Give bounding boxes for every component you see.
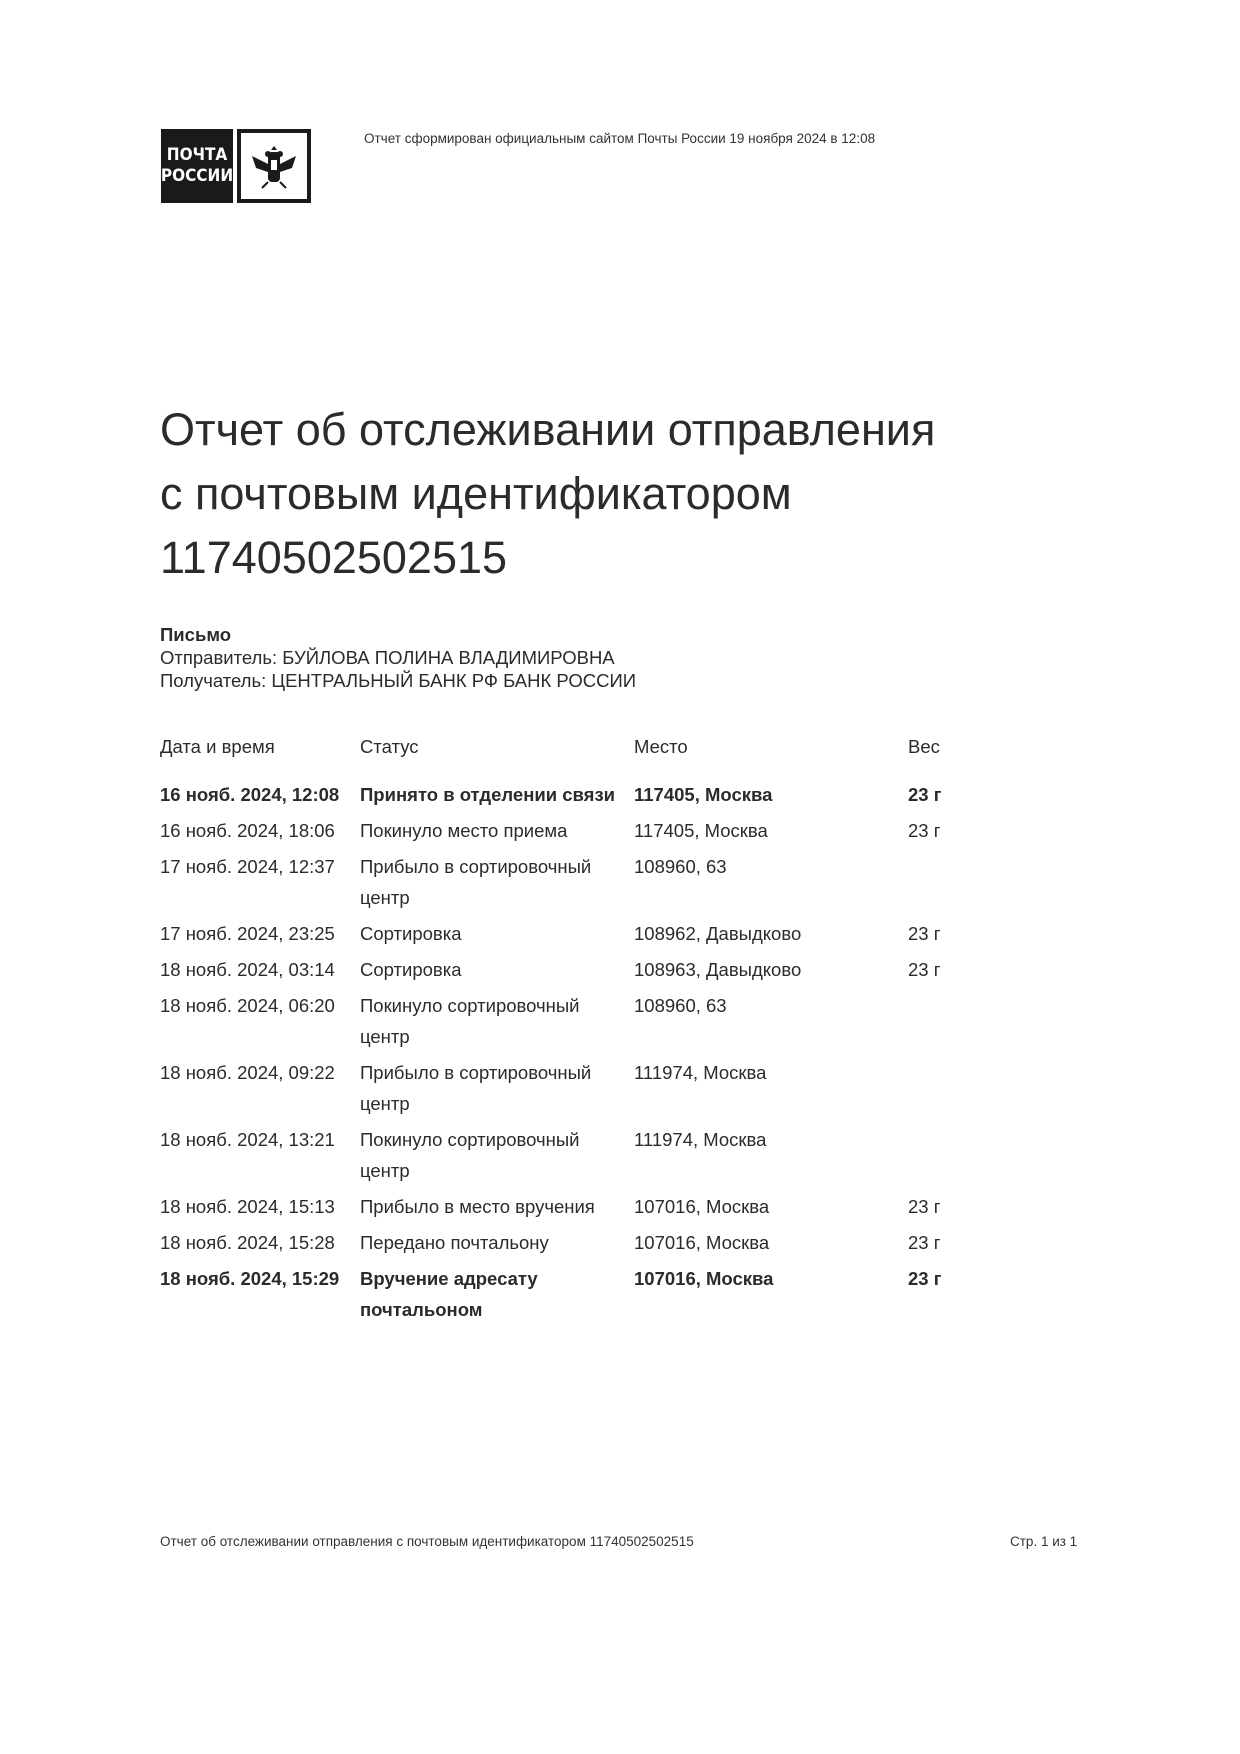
logo-line-2: РОССИИ	[161, 166, 233, 187]
cell-date: 17 нояб. 2024, 12:37	[160, 851, 360, 913]
cell-status: Вручение адресату почтальоном	[360, 1263, 634, 1325]
cell-place: 107016, Москва	[634, 1263, 908, 1325]
cell-place: 108960, 63	[634, 851, 908, 913]
tracking-number: 11740502502515	[160, 526, 935, 590]
title-line-1: Отчет об отслеживании отправления	[160, 398, 935, 462]
shipment-info: Письмо Отправитель: БУЙЛОВА ПОЛИНА ВЛАДИ…	[160, 623, 636, 692]
cell-status: Покинуло сортировочный центр	[360, 990, 634, 1052]
cell-weight: 23 г	[908, 954, 988, 985]
cell-status: Сортировка	[360, 954, 634, 985]
table-row: 18 нояб. 2024, 09:22Прибыло в сортировоч…	[160, 1057, 988, 1119]
cell-status: Прибыло в сортировочный центр	[360, 1057, 634, 1119]
table-row: 16 нояб. 2024, 18:06Покинуло место прием…	[160, 815, 988, 846]
page-number: Стр. 1 из 1	[1010, 1534, 1077, 1549]
cell-status: Прибыло в сортировочный центр	[360, 851, 634, 913]
cell-place: 108963, Давыдково	[634, 954, 908, 985]
cell-date: 16 нояб. 2024, 18:06	[160, 815, 360, 846]
logo-wordmark: ПОЧТА РОССИИ	[161, 129, 233, 203]
cell-date: 18 нояб. 2024, 13:21	[160, 1124, 360, 1186]
cell-weight	[908, 990, 988, 1052]
cell-date: 18 нояб. 2024, 15:13	[160, 1191, 360, 1222]
cell-weight: 23 г	[908, 815, 988, 846]
table-header: Дата и время Статус Место Вес	[160, 735, 988, 759]
cell-weight: 23 г	[908, 779, 988, 810]
cell-date: 16 нояб. 2024, 12:08	[160, 779, 360, 810]
cell-weight	[908, 851, 988, 913]
cell-place: 111974, Москва	[634, 1057, 908, 1119]
table-row: 18 нояб. 2024, 13:21Покинуло сортировочн…	[160, 1124, 988, 1186]
table-row: 18 нояб. 2024, 03:14Сортировка108963, Да…	[160, 954, 988, 985]
cell-date: 18 нояб. 2024, 06:20	[160, 990, 360, 1052]
cell-status: Прибыло в место вручения	[360, 1191, 634, 1222]
sender: Отправитель: БУЙЛОВА ПОЛИНА ВЛАДИМИРОВНА	[160, 646, 636, 669]
cell-weight	[908, 1057, 988, 1119]
cell-place: 108960, 63	[634, 990, 908, 1052]
table-row: 17 нояб. 2024, 12:37Прибыло в сортировоч…	[160, 851, 988, 913]
cell-status: Сортировка	[360, 918, 634, 949]
cell-date: 18 нояб. 2024, 09:22	[160, 1057, 360, 1119]
cell-status: Передано почтальону	[360, 1227, 634, 1258]
shipment-type: Письмо	[160, 623, 636, 646]
column-header-weight: Вес	[908, 735, 988, 759]
table-body: 16 нояб. 2024, 12:08Принято в отделении …	[160, 779, 988, 1325]
cell-status: Покинуло сортировочный центр	[360, 1124, 634, 1186]
cell-status: Принято в отделении связи	[360, 779, 634, 810]
footer-title: Отчет об отслеживании отправления с почт…	[160, 1534, 694, 1549]
table-row: 16 нояб. 2024, 12:08Принято в отделении …	[160, 779, 988, 810]
table-row: 18 нояб. 2024, 15:13Прибыло в место вруч…	[160, 1191, 988, 1222]
cell-date: 18 нояб. 2024, 15:29	[160, 1263, 360, 1325]
logo-line-1: ПОЧТА	[167, 145, 227, 166]
recipient: Получатель: ЦЕНТРАЛЬНЫЙ БАНК РФ БАНК РОС…	[160, 669, 636, 692]
column-header-date: Дата и время	[160, 735, 360, 759]
cell-date: 18 нояб. 2024, 03:14	[160, 954, 360, 985]
cell-weight	[908, 1124, 988, 1186]
cell-place: 117405, Москва	[634, 815, 908, 846]
table-row: 18 нояб. 2024, 15:29Вручение адресату по…	[160, 1263, 988, 1325]
cell-place: 117405, Москва	[634, 779, 908, 810]
cell-weight: 23 г	[908, 1263, 988, 1325]
table-row: 17 нояб. 2024, 23:25Сортировка108962, Да…	[160, 918, 988, 949]
table-row: 18 нояб. 2024, 15:28Передано почтальону1…	[160, 1227, 988, 1258]
cell-place: 107016, Москва	[634, 1227, 908, 1258]
cell-weight: 23 г	[908, 1227, 988, 1258]
page-title: Отчет об отслеживании отправления с почт…	[160, 398, 935, 590]
cell-place: 111974, Москва	[634, 1124, 908, 1186]
title-line-2: с почтовым идентификатором	[160, 462, 935, 526]
double-headed-eagle-icon	[237, 129, 311, 203]
cell-date: 17 нояб. 2024, 23:25	[160, 918, 360, 949]
table-row: 18 нояб. 2024, 06:20Покинуло сортировочн…	[160, 990, 988, 1052]
cell-date: 18 нояб. 2024, 15:28	[160, 1227, 360, 1258]
cell-weight: 23 г	[908, 1191, 988, 1222]
report-generated-note: Отчет сформирован официальным сайтом Поч…	[364, 131, 875, 146]
pochta-rossii-logo: ПОЧТА РОССИИ	[161, 129, 311, 203]
column-header-place: Место	[634, 735, 908, 759]
cell-status: Покинуло место приема	[360, 815, 634, 846]
cell-weight: 23 г	[908, 918, 988, 949]
cell-place: 108962, Давыдково	[634, 918, 908, 949]
cell-place: 107016, Москва	[634, 1191, 908, 1222]
column-header-status: Статус	[360, 735, 634, 759]
tracking-table: Дата и время Статус Место Вес 16 нояб. 2…	[160, 735, 988, 1330]
